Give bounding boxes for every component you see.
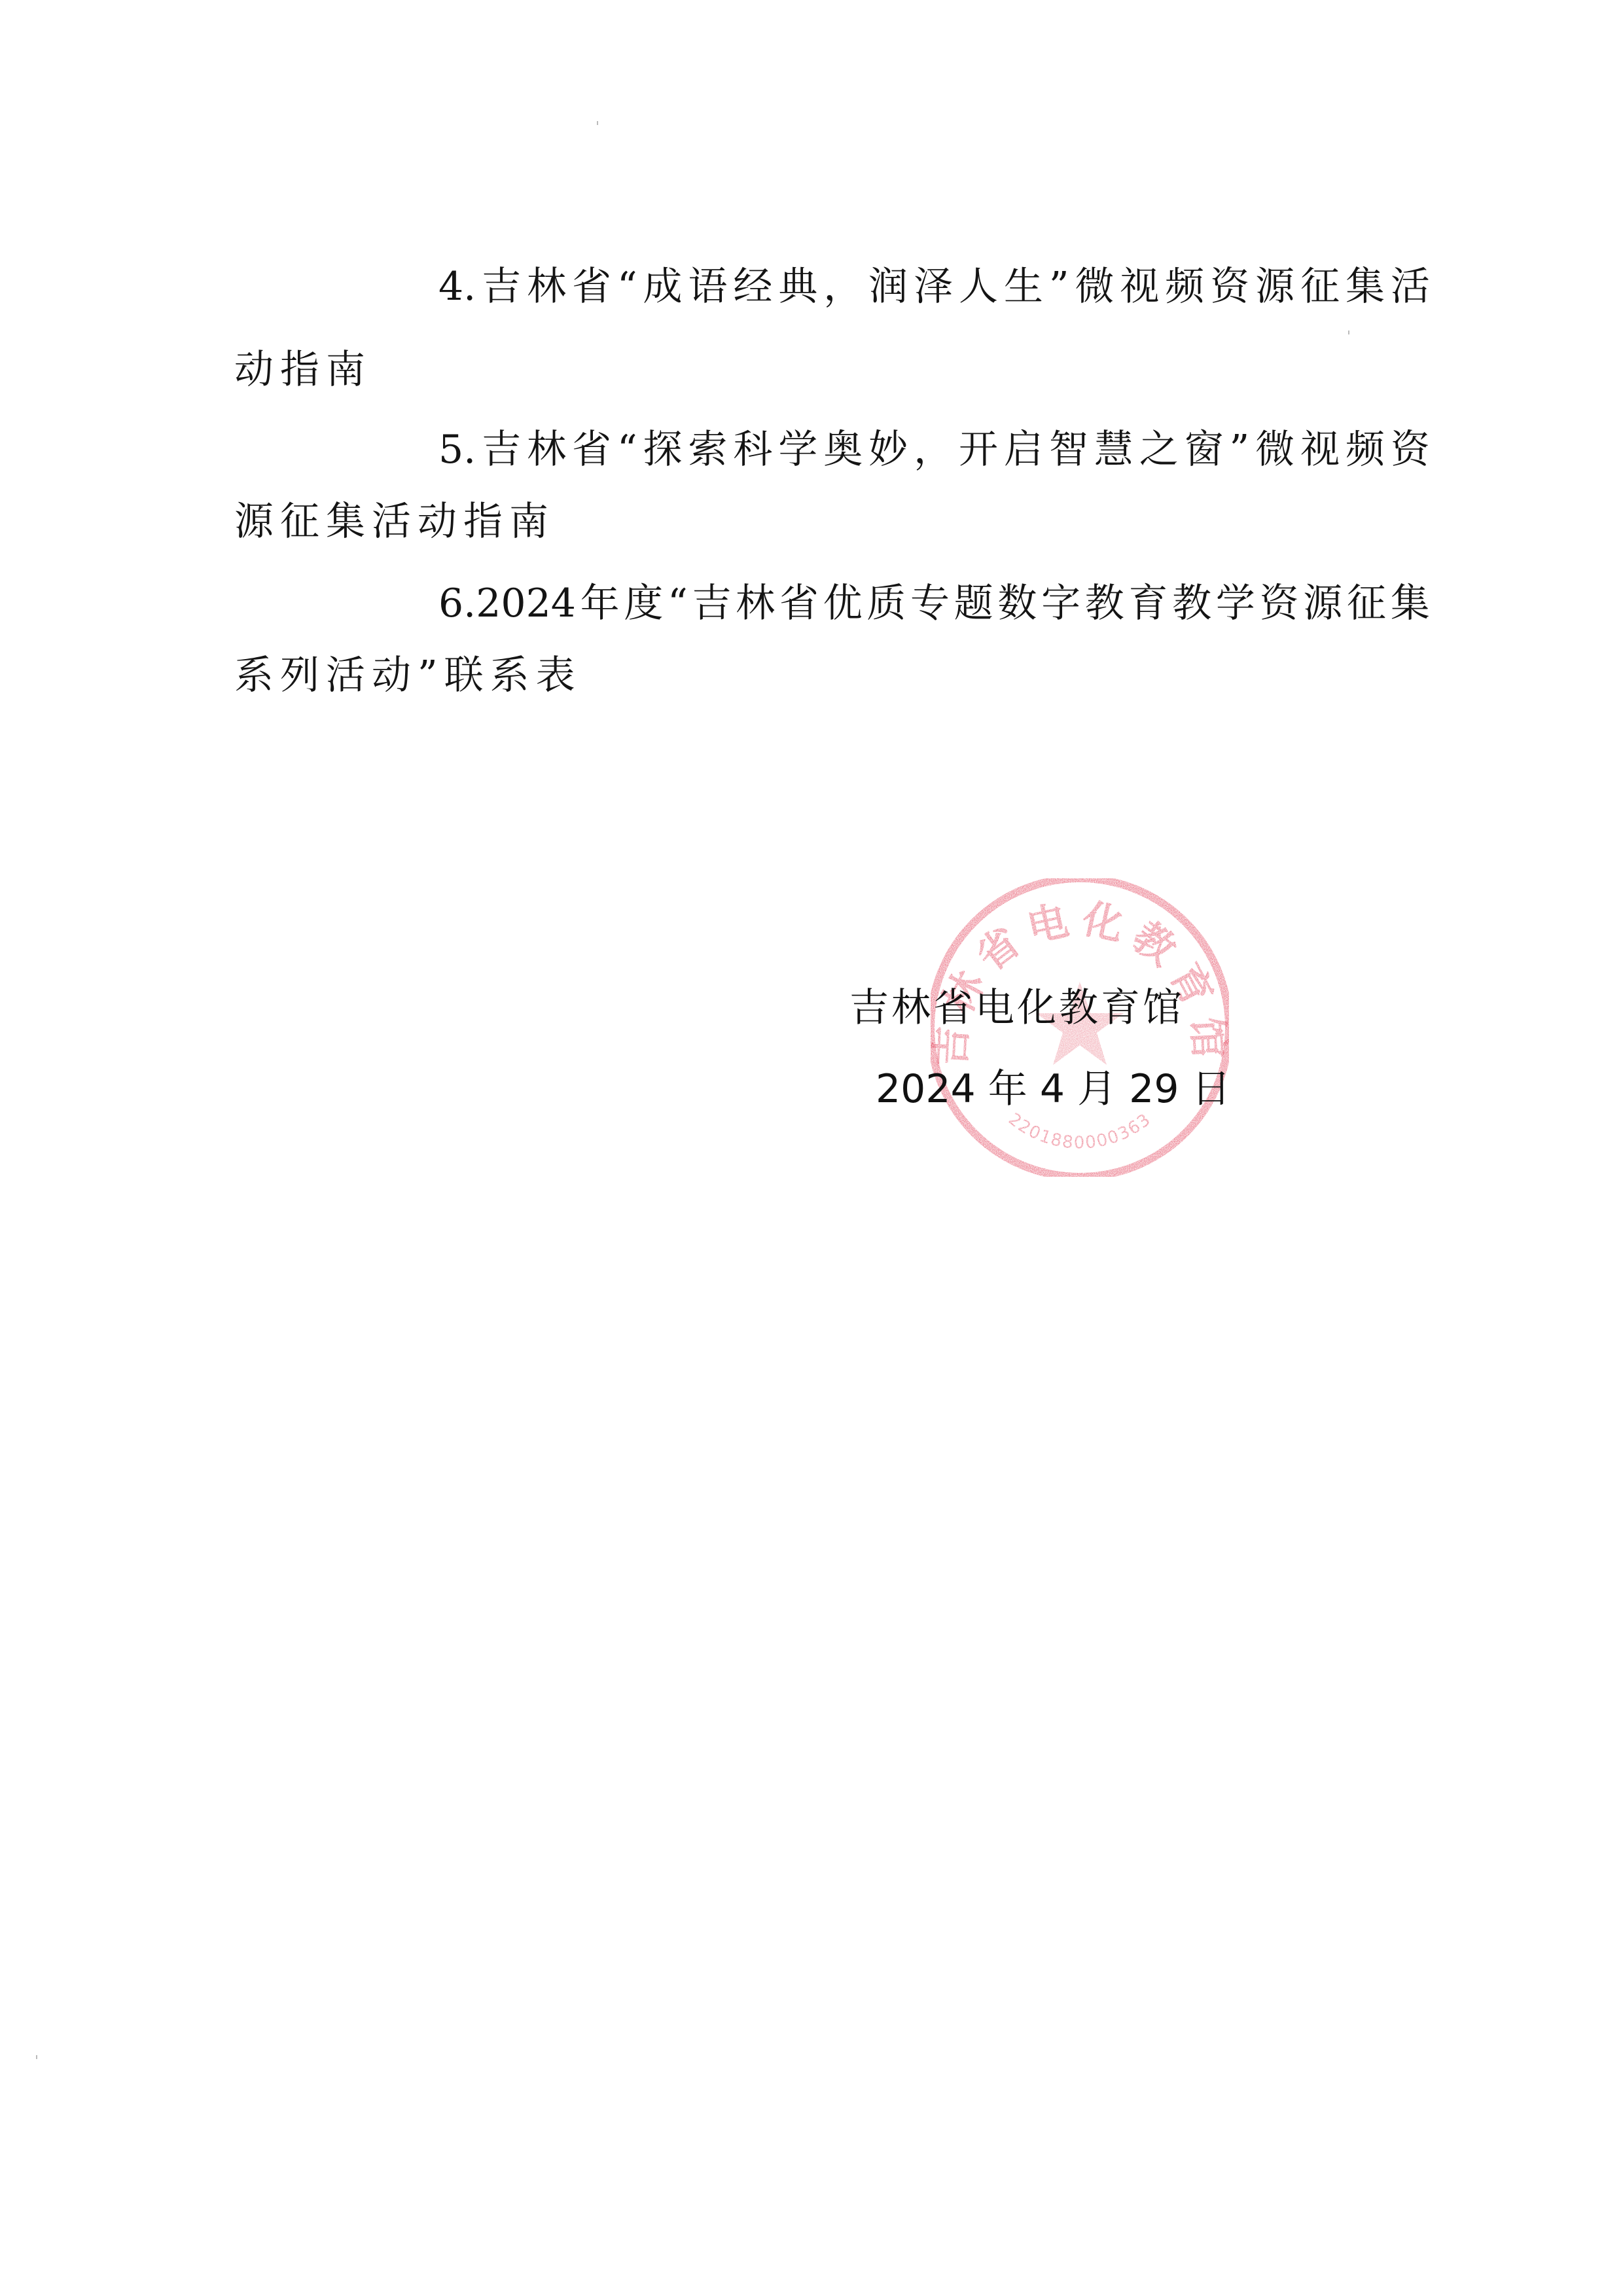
glyph: 频 bbox=[1346, 423, 1385, 476]
glyph: 省 bbox=[779, 577, 819, 630]
glyph: ， bbox=[823, 260, 863, 313]
glyph: 林 bbox=[527, 423, 566, 476]
signature-date: 2024 年 4 月 29 日 bbox=[876, 1063, 1231, 1115]
glyph: 微 bbox=[1255, 423, 1294, 476]
glyph: 优 bbox=[823, 577, 863, 630]
glyph: “ bbox=[668, 577, 688, 630]
glyph: 4. bbox=[438, 260, 476, 313]
glyph: ” bbox=[1049, 260, 1069, 313]
glyph: 奥 bbox=[823, 423, 863, 476]
glyph: “ bbox=[617, 260, 637, 313]
glyph: 征 bbox=[1347, 577, 1386, 630]
glyph: ， bbox=[914, 423, 953, 476]
glyph: 活 bbox=[1391, 260, 1430, 313]
attachment-4-line-1: 4.吉林省“成语经典，润泽人生”微视频资源征集活 bbox=[438, 260, 1430, 313]
glyph: 省 bbox=[572, 260, 611, 313]
glyph: 开 bbox=[959, 423, 998, 476]
attachment-5-line-2: 源征集活动指南 bbox=[234, 495, 555, 548]
glyph: 视 bbox=[1300, 423, 1340, 476]
glyph: 人 bbox=[959, 260, 998, 313]
glyph: 成 bbox=[643, 260, 683, 313]
glyph: 学 bbox=[1216, 577, 1255, 630]
glyph: 集 bbox=[1391, 577, 1430, 630]
glyph: 吉 bbox=[692, 577, 731, 630]
svg-text:2201880000363: 2201880000363 bbox=[1005, 1109, 1155, 1153]
document-page: 4.吉林省“成语经典，润泽人生”微视频资源征集活 动指南 5.吉林省“探索科学奥… bbox=[0, 0, 1623, 2296]
glyph: 索 bbox=[688, 423, 727, 476]
glyph: 质 bbox=[866, 577, 906, 630]
glyph: 度 bbox=[624, 577, 663, 630]
glyph: 典 bbox=[778, 260, 817, 313]
glyph: 育 bbox=[1128, 577, 1168, 630]
attachment-5-line-1: 5.吉林省“探索科学奥妙，开启智慧之窗”微视频资 bbox=[438, 423, 1430, 476]
glyph: 慧 bbox=[1094, 423, 1133, 476]
scan-artifact bbox=[1348, 331, 1349, 334]
glyph: 征 bbox=[1300, 260, 1340, 313]
glyph: 之 bbox=[1139, 423, 1179, 476]
glyph: 林 bbox=[527, 260, 566, 313]
glyph: 资 bbox=[1260, 577, 1299, 630]
glyph: 年 bbox=[580, 577, 620, 630]
glyph: 林 bbox=[736, 577, 775, 630]
glyph: 专 bbox=[910, 577, 950, 630]
glyph: 吉 bbox=[482, 423, 521, 476]
glyph: 生 bbox=[1004, 260, 1043, 313]
attachment-6-line-1: 6.2024年度“吉林省优质专题数字教育教学资源征集 bbox=[438, 577, 1430, 630]
glyph: 5. bbox=[438, 423, 476, 476]
glyph: 源 bbox=[1303, 577, 1342, 630]
glyph: 资 bbox=[1391, 423, 1430, 476]
glyph: 集 bbox=[1346, 260, 1385, 313]
scan-artifact bbox=[597, 121, 598, 125]
glyph: 润 bbox=[868, 260, 908, 313]
glyph: 学 bbox=[778, 423, 817, 476]
glyph: 泽 bbox=[914, 260, 953, 313]
glyph: “ bbox=[617, 423, 637, 476]
glyph: 微 bbox=[1075, 260, 1114, 313]
attachment-6-line-2: 系列活动”联系表 bbox=[234, 649, 582, 702]
glyph: 启 bbox=[1004, 423, 1043, 476]
glyph: 资 bbox=[1210, 260, 1249, 313]
glyph: 妙 bbox=[868, 423, 908, 476]
glyph: 窗 bbox=[1185, 423, 1224, 476]
glyph: 语 bbox=[688, 260, 727, 313]
glyph: 吉 bbox=[482, 260, 521, 313]
glyph: 省 bbox=[572, 423, 611, 476]
glyph: 智 bbox=[1049, 423, 1088, 476]
glyph: 6.2024 bbox=[438, 577, 576, 630]
glyph: 字 bbox=[1041, 577, 1080, 630]
glyph: ” bbox=[1230, 423, 1250, 476]
glyph: 题 bbox=[954, 577, 993, 630]
scan-artifact bbox=[36, 2055, 37, 2059]
glyph: 经 bbox=[733, 260, 772, 313]
signature-organization: 吉林省电化教育馆 bbox=[849, 982, 1185, 1034]
glyph: 科 bbox=[733, 423, 772, 476]
glyph: 教 bbox=[1085, 577, 1124, 630]
glyph: 频 bbox=[1165, 260, 1204, 313]
attachment-4-line-2: 动指南 bbox=[234, 344, 372, 396]
glyph: 探 bbox=[643, 423, 683, 476]
glyph: 源 bbox=[1255, 260, 1294, 313]
glyph: 教 bbox=[1172, 577, 1211, 630]
glyph: 数 bbox=[997, 577, 1037, 630]
glyph: 视 bbox=[1120, 260, 1159, 313]
